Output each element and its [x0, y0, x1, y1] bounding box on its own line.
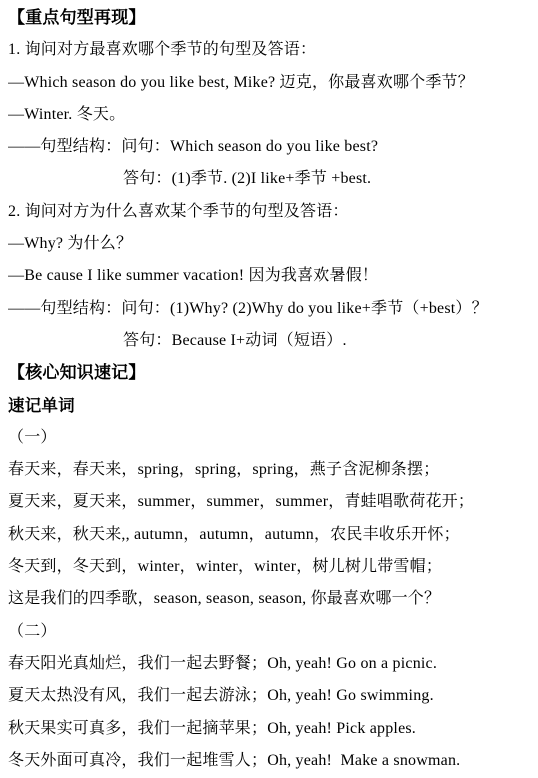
text-line-question2: —Why? 为什么？	[8, 228, 534, 260]
text-line-part-two: （二）	[8, 616, 534, 648]
text-line-summer-swimming: 夏天太热没有风，我们一起去游泳；Oh, yeah! Go swimming.	[8, 680, 534, 712]
text-line-spring-picnic: 春天阳光真灿烂，我们一起去野餐；Oh, yeah! Go on a picnic…	[8, 648, 534, 680]
text-line-winter-snowman: 冬天外面可真冷，我们一起堆雪人；Oh, yeah! Make a snowman…	[8, 745, 534, 777]
text-line-structure2-answer: 答句：Because I+动词（短语）.	[8, 325, 534, 357]
text-line-spring-rhyme: 春天来，春天来，spring，spring，spring，燕子含泥柳条摆；	[8, 454, 534, 486]
text-line-winter-rhyme: 冬天到，冬天到，winter，winter，winter，树儿树儿带雪帽；	[8, 551, 534, 583]
text-line-autumn-apples: 秋天果实可真多，我们一起摘苹果；Oh, yeah! Pick apples.	[8, 713, 534, 745]
text-line-answer1: —Winter. 冬天。	[8, 99, 534, 131]
text-line-answer2: —Be cause I like summer vacation! 因为我喜欢暑…	[8, 260, 534, 292]
section-heading-core-knowledge: 【核心知识速记】	[8, 357, 534, 389]
text-line-question1: —Which season do you like best, Mike? 迈克…	[8, 67, 534, 99]
text-line-summer-rhyme: 夏天来，夏天来，summer，summer，summer，青蛙唱歌荷花开；	[8, 486, 534, 518]
document-page: 【重点句型再现】 1. 询问对方最喜欢哪个季节的句型及答语： —Which se…	[0, 0, 538, 778]
text-line-structure2-question: ——句型结构：问句：(1)Why? (2)Why do you like+季节（…	[8, 293, 534, 325]
subheading-quick-words: 速记单词	[8, 390, 534, 422]
text-line-structure1-question: ——句型结构：问句：Which season do you like best?	[8, 131, 534, 163]
section-heading-key-sentences: 【重点句型再现】	[8, 2, 534, 34]
text-line-item1: 1. 询问对方最喜欢哪个季节的句型及答语：	[8, 34, 534, 66]
text-line-season-song: 这是我们的四季歌，season, season, season, 你最喜欢哪一个…	[8, 583, 534, 615]
text-line-part-one: （一）	[8, 422, 534, 454]
text-line-item2: 2. 询问对方为什么喜欢某个季节的句型及答语：	[8, 196, 534, 228]
text-line-structure1-answer: 答句：(1)季节. (2)I like+季节 +best.	[8, 163, 534, 195]
text-line-autumn-rhyme: 秋天来，秋天来,, autumn，autumn，autumn，农民丰收乐开怀；	[8, 519, 534, 551]
